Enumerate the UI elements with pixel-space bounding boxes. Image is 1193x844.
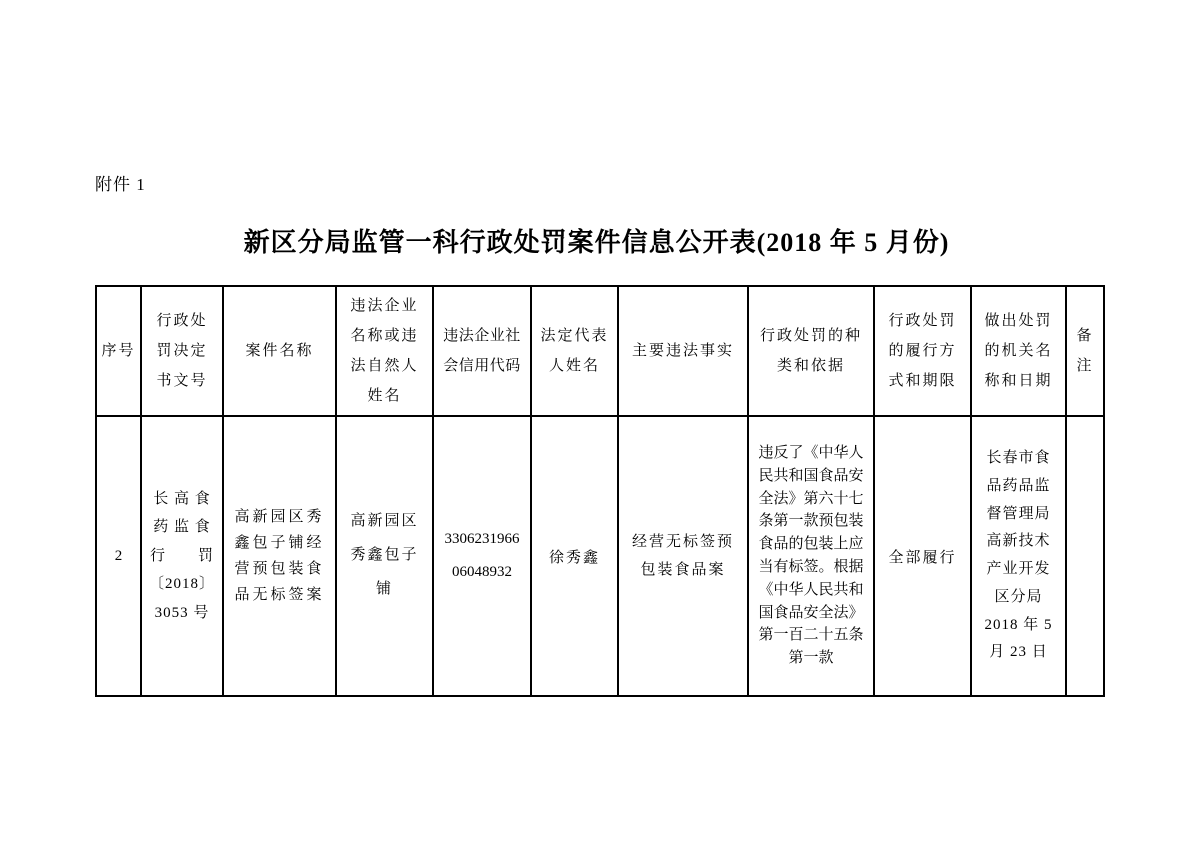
column-header-case-name: 案件名称 [223,286,336,416]
column-header-org-date: 做出处罚的机关名称和日期 [971,286,1066,416]
table-header-row: 序号 行政处罚决定书文号 案件名称 违法企业名称或违法自然人姓名 违法企业社会信… [96,286,1104,416]
cell-legal-rep: 徐秀鑫 [531,416,618,696]
cell-penalty-basis: 违反了《中华人民共和国食品安全法》第六十七条第一款预包装食品的包装上应当有标签。… [748,416,874,696]
cell-case-name: 高新园区秀 鑫包子铺经 营预包装食 品无标签案 [223,416,336,696]
cell-remark [1066,416,1104,696]
page-title: 新区分局监管一科行政处罚案件信息公开表(2018 年 5 月份) [0,222,1193,259]
column-header-decision-no: 行政处罚决定书文号 [141,286,223,416]
table-row: 2 长 高 食 药 监 食 行 罚 〔2018〕 3053 号 高新园区秀 鑫包… [96,416,1104,696]
column-header-legal-rep: 法定代表人姓名 [531,286,618,416]
cell-seq: 2 [96,416,141,696]
cell-fulfillment: 全部履行 [874,416,971,696]
penalty-info-table: 序号 行政处罚决定书文号 案件名称 违法企业名称或违法自然人姓名 违法企业社会信… [95,285,1105,697]
column-header-facts: 主要违法事实 [618,286,748,416]
attachment-label: 附件 1 [95,170,146,195]
cell-credit-code: 3306231966 06048932 [433,416,531,696]
cell-decision-no: 长 高 食 药 监 食 行 罚 〔2018〕 3053 号 [141,416,223,696]
column-header-fulfillment: 行政处罚的履行方式和期限 [874,286,971,416]
cell-org-date: 长春市食 品药品监 督管理局 高新技术 产业开发 区分局 2018 年 5 月 … [971,416,1066,696]
column-header-seq: 序号 [96,286,141,416]
cell-facts: 经营无标签预 包装食品案 [618,416,748,696]
document-page: 附件 1 新区分局监管一科行政处罚案件信息公开表(2018 年 5 月份) 序号… [0,0,1193,844]
cell-entity-name: 高新园区 秀鑫包子 铺 [336,416,433,696]
column-header-entity-name: 违法企业名称或违法自然人姓名 [336,286,433,416]
column-header-remark: 备注 [1066,286,1104,416]
column-header-credit-code: 违法企业社会信用代码 [433,286,531,416]
column-header-penalty-basis: 行政处罚的种类和依据 [748,286,874,416]
